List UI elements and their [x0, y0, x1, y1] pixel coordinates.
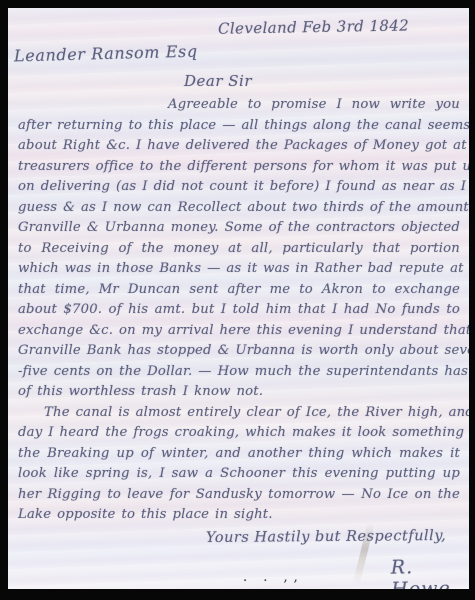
body-line: about $700. of his amt. but I told him t… [18, 300, 460, 321]
body-line: which was in those Banks — as it was in … [18, 259, 460, 280]
body-line: day I heard the frogs croaking, which ma… [18, 423, 460, 444]
body-line: to Receiving of the money at all, partic… [18, 239, 460, 260]
body-line: after returning to this place — all thin… [18, 116, 460, 137]
dateline: Cleveland Feb 3rd 1842 [218, 16, 418, 37]
body-line: about Right &c. I have delivered the Pac… [18, 136, 460, 157]
scanned-letter-photo: Cleveland Feb 3rd 1842 Leander Ransom Es… [0, 0, 475, 600]
signature: R. Howe [391, 555, 469, 589]
body-line: her Rigging to leave for Sandusky tomorr… [18, 485, 460, 506]
body-line: look like spring is, I saw a Schooner th… [18, 464, 460, 485]
body-line: on delivering (as I did not count it bef… [18, 177, 460, 198]
addressee: Leander Ransom Esq [14, 42, 198, 66]
closing: Yours Hastily but Respectfully, [206, 528, 446, 546]
body-line: -five cents on the Dollar. — How much th… [18, 362, 460, 383]
body-line: Lake opposite to this place in sight. [18, 505, 460, 526]
body-line: of this worthless trash I know not. [18, 382, 460, 403]
body-line: Agreeable to promise I now write you [18, 95, 460, 116]
body-line: Granville Bank has stopped & Urbanna is … [18, 341, 460, 362]
letter-paper: Cleveland Feb 3rd 1842 Leander Ransom Es… [8, 8, 469, 589]
letter-body: Agreeable to promise I now write you aft… [18, 95, 460, 526]
body-line: Granville & Urbanna money. Some of the c… [18, 218, 460, 239]
body-line: The canal is almost entirely clear of Ic… [18, 403, 460, 424]
body-line: the Breaking up of winter, and another t… [18, 444, 460, 465]
body-line: that time, Mr Duncan sent after me to Ak… [18, 280, 460, 301]
body-line: guess & as I now can Recollect about two… [18, 198, 460, 219]
salutation: Dear Sir [184, 72, 252, 90]
body-line: treasurers office to the different perso… [18, 157, 460, 178]
ink-marks: . . ,, [243, 570, 304, 585]
body-line: exchange &c. on my arrival here this eve… [18, 321, 460, 342]
